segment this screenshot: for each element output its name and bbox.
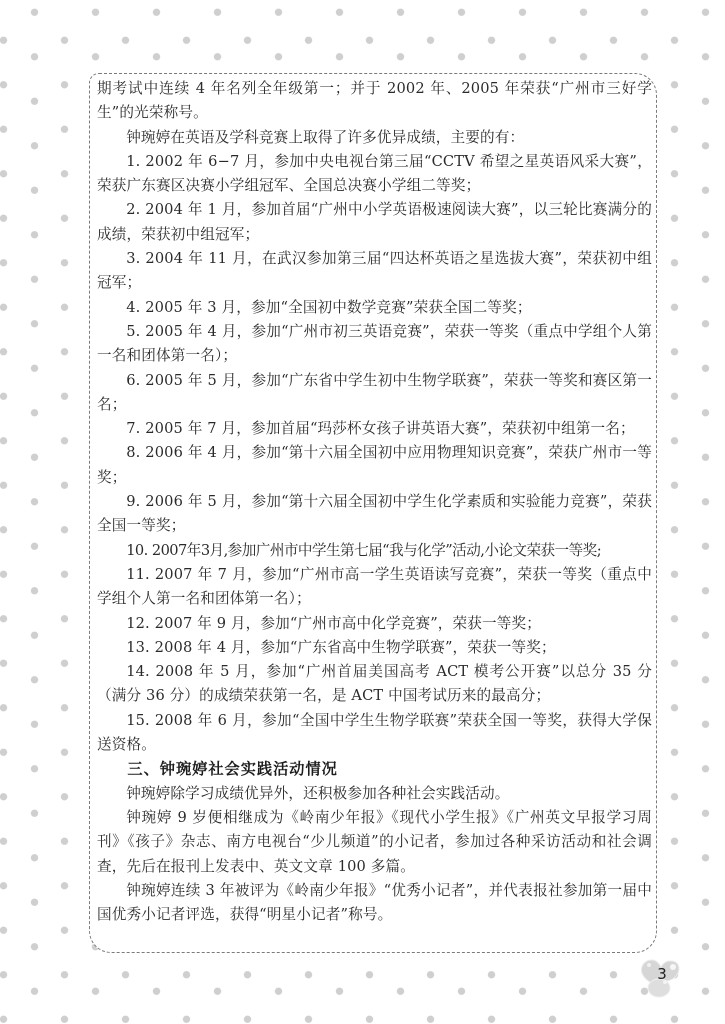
page-number-badge: 3: [640, 958, 684, 998]
award-item-5: 5. 2005 年 4 月，参加“广州市初三英语竞赛”，荣获一等奖（重点中学组个…: [97, 320, 652, 369]
award-item-2: 2. 2004 年 1 月，参加首届“广州中小学英语极速阅读大赛”，以三轮比赛满…: [97, 198, 652, 247]
page-content: 期考试中连续 4 年名列全年级第一；并于 2002 年、2005 年荣获“广州市…: [97, 77, 652, 927]
award-item-13: 13. 2008 年 4 月，参加“广东省高中生物学联赛”，荣获一等奖；: [97, 636, 652, 660]
award-item-11: 11. 2007 年 7 月，参加“广州市高一学生英语读写竞赛”，荣获一等奖（重…: [97, 563, 652, 612]
award-item-14: 14. 2008 年 5 月，参加“广州首届美国高考 ACT 模考公开赛”以总分…: [97, 660, 652, 709]
section-paragraph-1: 钟琬婷除学习成绩优异外，还积极参加各种社会实践活动。: [97, 782, 652, 806]
award-item-3: 3. 2004 年 11 月，在武汉参加第三届“四达杯英语之星选拔大赛”，荣获初…: [97, 247, 652, 296]
award-item-10: 10. 2007年3月,参加广州市中学生第七届“我与化学”活动,小论文荣获一等奖…: [97, 539, 652, 563]
award-item-6: 6. 2005 年 5 月，参加“广东省中学生初中生物学联赛”，荣获一等奖和赛区…: [97, 369, 652, 418]
awards-list: 1. 2002 年 6−7 月，参加中央电视台第三届“CCTV 希望之星英语风采…: [97, 150, 652, 757]
award-item-7: 7. 2005 年 7 月，参加首届“玛莎杯女孩子讲英语大赛”，荣获初中组第一名…: [97, 417, 652, 441]
award-item-15: 15. 2008 年 6 月，参加“全国中学生生物学联赛”荣获全国一等奖，获得大…: [97, 709, 652, 758]
page-number: 3: [640, 965, 684, 983]
award-item-4: 4. 2005 年 3 月，参加“全国初中数学竞赛”荣获全国二等奖；: [97, 296, 652, 320]
award-item-9: 9. 2006 年 5 月，参加“第十六届全国初中学生化学素质和实验能力竞赛”，…: [97, 490, 652, 539]
award-item-12: 12. 2007 年 9 月，参加“广州市高中化学竞赛”，荣获一等奖；: [97, 612, 652, 636]
paragraph-continuation: 期考试中连续 4 年名列全年级第一；并于 2002 年、2005 年荣获“广州市…: [97, 77, 652, 126]
section-paragraph-3: 钟琬婷连续 3 年被评为《岭南少年报》“优秀小记者”，并代表报社参加第一届中国优…: [97, 879, 652, 928]
award-item-1: 1. 2002 年 6−7 月，参加中央电视台第三届“CCTV 希望之星英语风采…: [97, 150, 652, 199]
award-item-8: 8. 2006 年 4 月，参加“第十六届全国初中应用物理知识竞赛”，荣获广州市…: [97, 441, 652, 490]
section-paragraph-2: 钟琬婷 9 岁便相继成为《岭南少年报》《现代小学生报》《广州英文早报学习周刊》《…: [97, 806, 652, 879]
paragraph-awards-intro: 钟琬婷在英语及学科竞赛上取得了许多优异成绩，主要的有：: [97, 126, 652, 150]
section-heading: 三、钟琬婷社会实践活动情况: [97, 757, 652, 781]
